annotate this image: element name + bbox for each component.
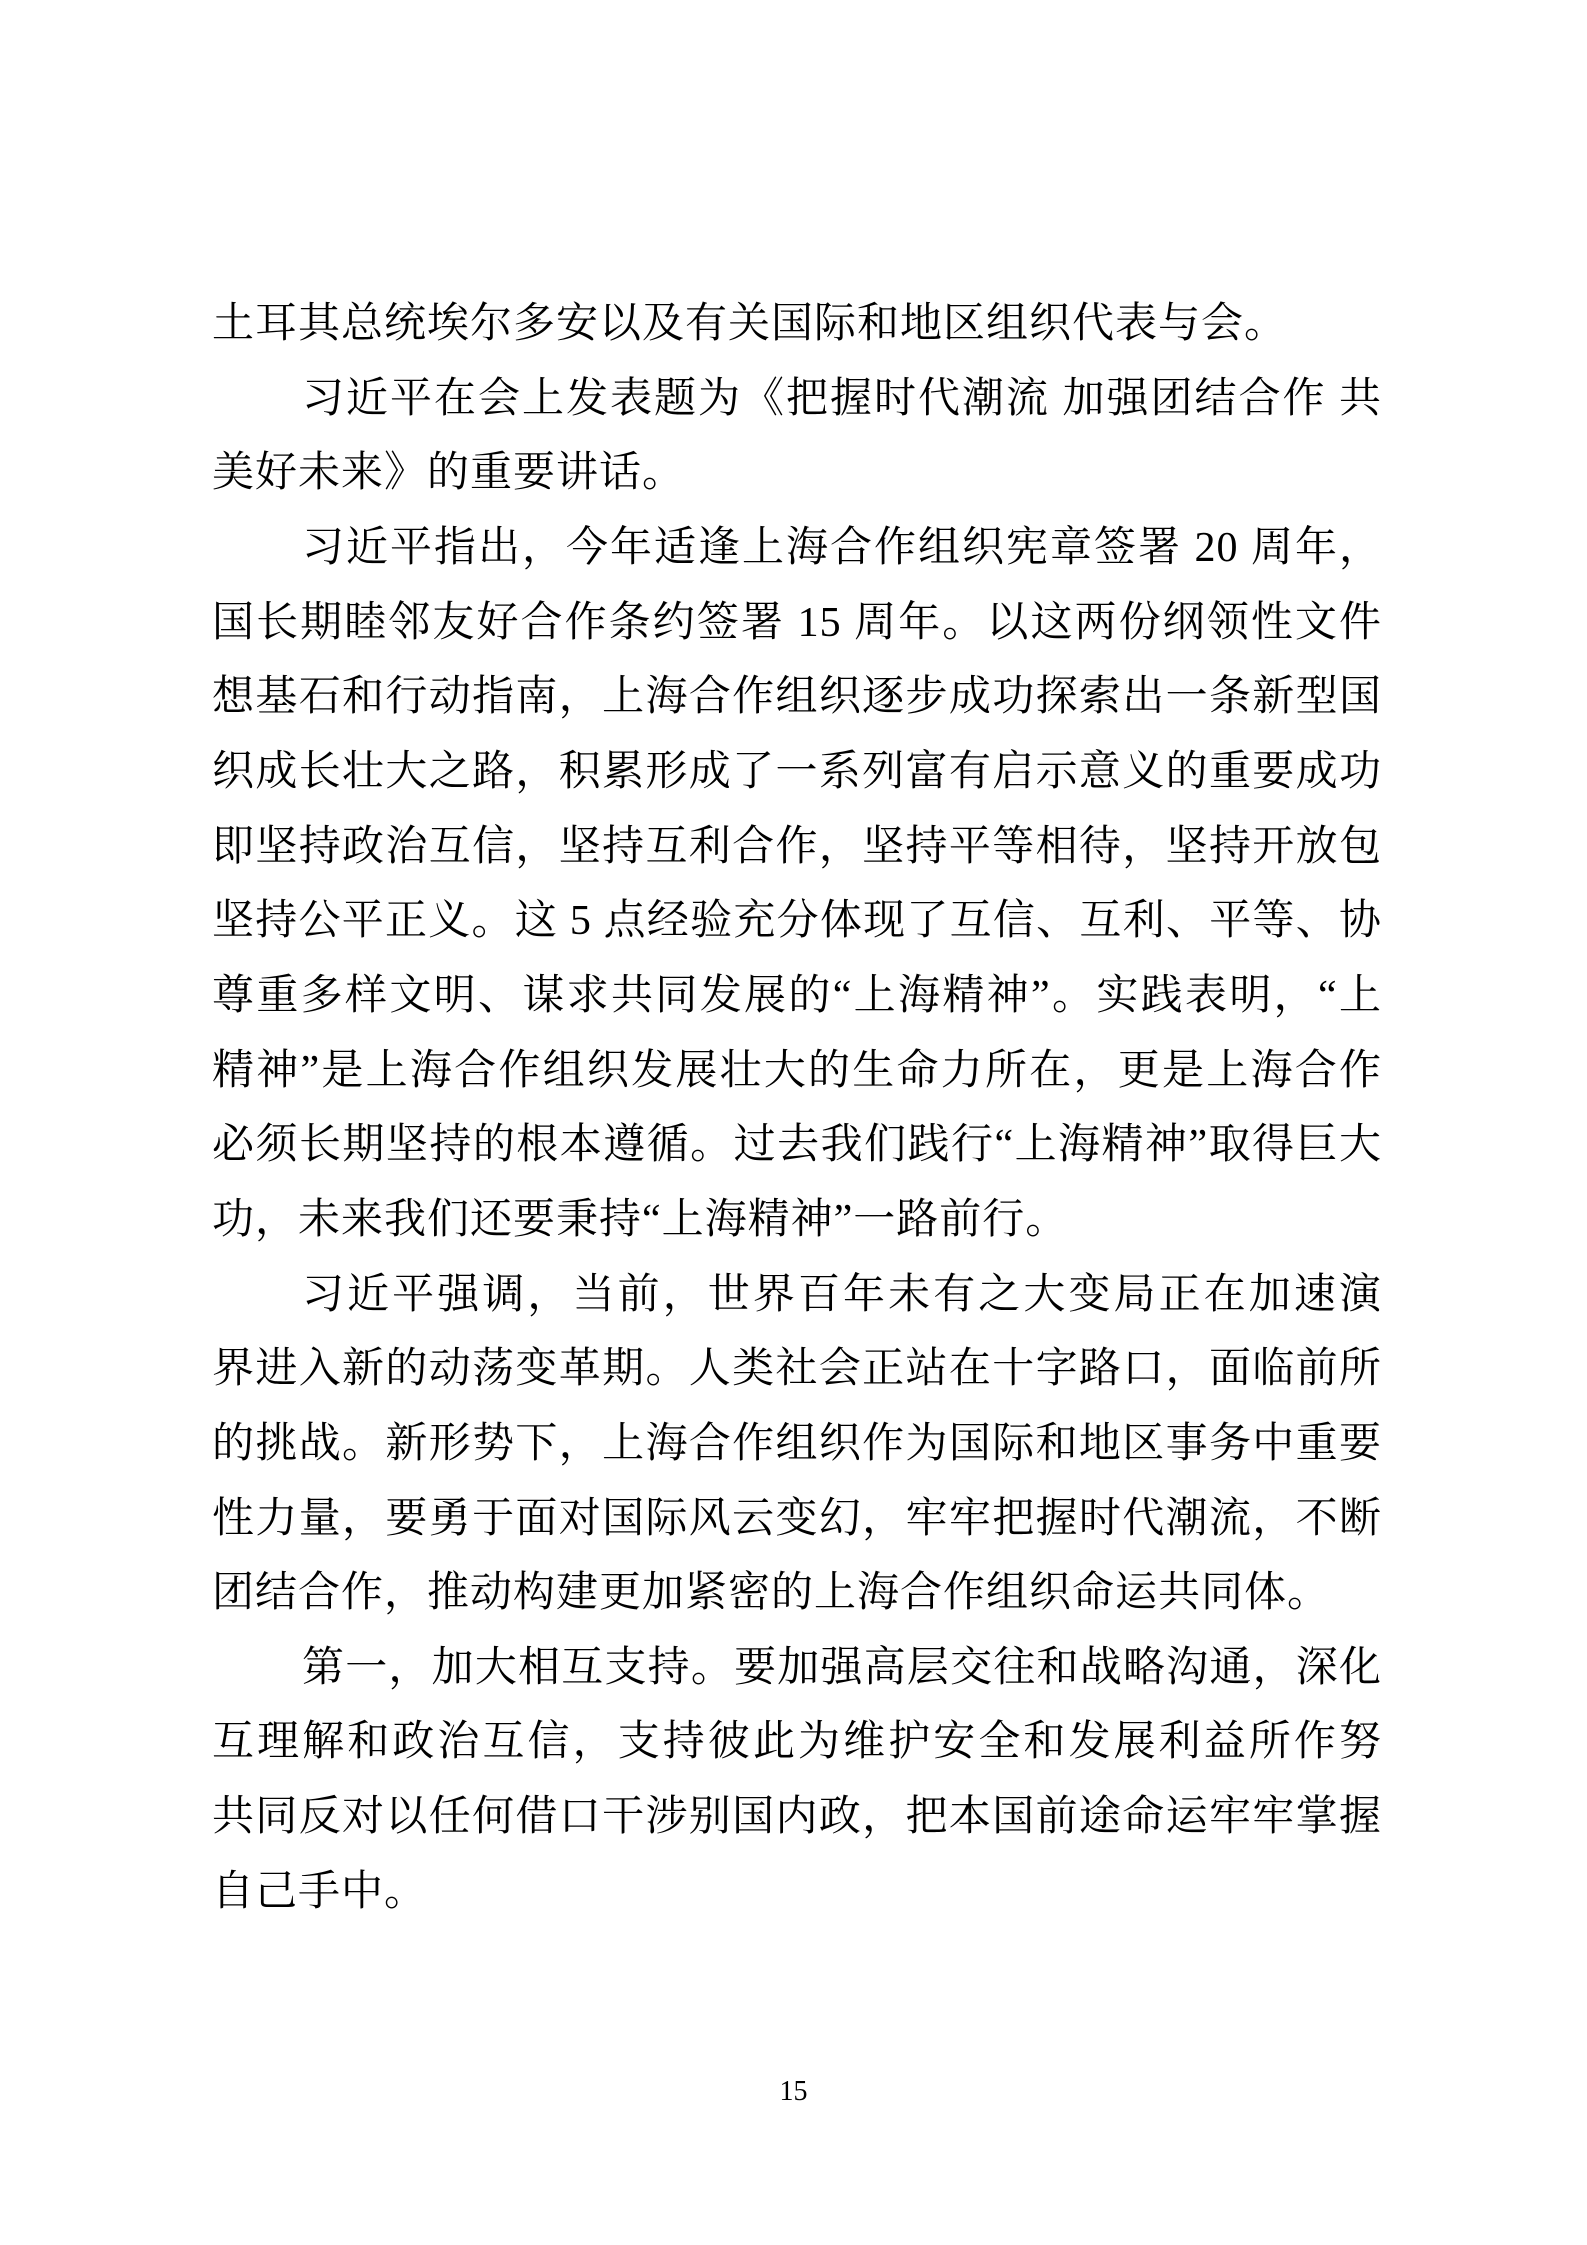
text-line: 第一，加大相互支持。要加强高层交往和战略沟通，深化相 [212, 1631, 1382, 1706]
text-line: 习近平强调，当前，世界百年未有之大变局正在加速演进，世 [212, 1258, 1382, 1333]
text-line: 自己手中。 [212, 1855, 1382, 1930]
text-line: 界进入新的动荡变革期。人类社会正站在十字路口，面临前所未有 [212, 1332, 1382, 1407]
text-line: 性力量，要勇于面对国际风云变幻，牢牢把握时代潮流，不断加强 [212, 1482, 1382, 1557]
text-line: 的挑战。新形势下，上海合作组织作为国际和地区事务中重要建设 [212, 1407, 1382, 1482]
text-line: 土耳其总统埃尔多安以及有关国际和地区组织代表与会。 [212, 287, 1382, 362]
text-line: 团结合作，推动构建更加紧密的上海合作组织命运共同体。 [212, 1556, 1382, 1631]
text-line: 互理解和政治互信，支持彼此为维护安全和发展利益所作努力， [212, 1705, 1382, 1780]
page-number: 15 [0, 2076, 1587, 2108]
text-line: 坚持公平正义。这 5 点经验充分体现了互信、互利、平等、协商、 [212, 884, 1382, 959]
document-body: 土耳其总统埃尔多安以及有关国际和地区组织代表与会。习近平在会上发表题为《把握时代… [212, 287, 1382, 1929]
text-line: 即坚持政治互信，坚持互利合作，坚持平等相待，坚持开放包容， [212, 810, 1382, 885]
text-line: 习近平在会上发表题为《把握时代潮流 加强团结合作 共创 [212, 362, 1382, 437]
text-line: 共同反对以任何借口干涉别国内政，把本国前途命运牢牢掌握在 [212, 1780, 1382, 1855]
text-line: 美好未来》的重要讲话。 [212, 436, 1382, 511]
text-line: 功，未来我们还要秉持“上海精神”一路前行。 [212, 1183, 1382, 1258]
text-line: 尊重多样文明、谋求共同发展的“上海精神”。实践表明，“上海 [212, 959, 1382, 1034]
text-line: 必须长期坚持的根本遵循。过去我们践行“上海精神”取得巨大成 [212, 1108, 1382, 1183]
text-line: 精神”是上海合作组织发展壮大的生命力所在，更是上海合作组织 [212, 1034, 1382, 1109]
document-page: 土耳其总统埃尔多安以及有关国际和地区组织代表与会。习近平在会上发表题为《把握时代… [0, 0, 1587, 2245]
text-line: 国长期睦邻友好合作条约签署 15 周年。以这两份纲领性文件为思 [212, 586, 1382, 661]
text-line: 织成长壮大之路，积累形成了一系列富有启示意义的重要成功经验， [212, 735, 1382, 810]
text-line: 想基石和行动指南，上海合作组织逐步成功探索出一条新型国际组 [212, 660, 1382, 735]
text-line: 习近平指出，今年适逢上海合作组织宪章签署 20 周年，成员 [212, 511, 1382, 586]
